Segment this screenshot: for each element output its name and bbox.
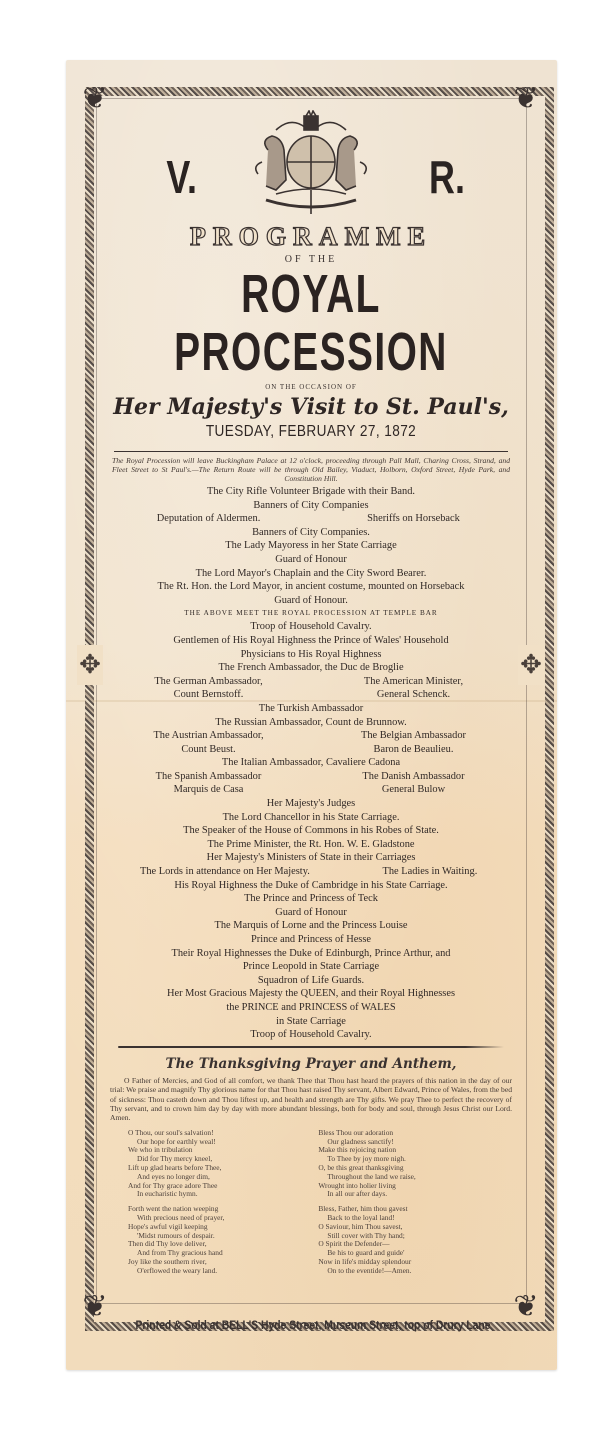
procession-pair-right: The Ladies in Waiting. bbox=[344, 865, 516, 879]
procession-line: Troop of Household Cavalry. bbox=[106, 620, 516, 634]
stanza: Bless, Father, him thou gavest Back to t… bbox=[318, 1205, 494, 1275]
procession-line: Banners of City Companies bbox=[106, 499, 516, 513]
divider bbox=[118, 1046, 504, 1048]
corner-flourish-icon: ❦ bbox=[78, 1290, 112, 1324]
procession-pair-left: Count Beust. bbox=[106, 743, 311, 757]
procession-line: Their Royal Highnesses the Duke of Edinb… bbox=[106, 947, 516, 961]
occasion-label: ON THE OCCASION OF bbox=[106, 383, 516, 391]
anthem-column-right: Bless Thou our adoration Our gladness sa… bbox=[318, 1129, 494, 1282]
temple-bar-note: THE ABOVE MEET THE ROYAL PROCESSION AT T… bbox=[106, 607, 516, 620]
initial-v: V. bbox=[166, 150, 197, 204]
procession-line: Guard of Honour. bbox=[106, 594, 516, 608]
procession-line: The Rt. Hon. the Lord Mayor, in ancient … bbox=[106, 580, 516, 594]
procession-line: The Prime Minister, the Rt. Hon. W. E. G… bbox=[106, 838, 516, 852]
procession-line: Her Majesty's Ministers of State in thei… bbox=[106, 851, 516, 865]
procession-pair: The Spanish AmbassadorThe Danish Ambassa… bbox=[106, 770, 516, 784]
procession-order: The City Rifle Volunteer Brigade with th… bbox=[106, 485, 516, 1042]
procession-pair: Count Beust.Baron de Beaulieu. bbox=[106, 743, 516, 757]
procession-line: The Speaker of the House of Commons in h… bbox=[106, 824, 516, 838]
procession-pair-right: The Belgian Ambassador bbox=[311, 729, 516, 743]
anthem-verses: O Thou, our soul's salvation! Our hope f… bbox=[106, 1129, 516, 1282]
procession-pair-left: The Austrian Ambassador, bbox=[106, 729, 311, 743]
procession-line: The Italian Ambassador, Cavaliere Cadona bbox=[106, 756, 516, 770]
procession-line: The Russian Ambassador, Count de Brunnow… bbox=[106, 716, 516, 730]
printer-imprint: Printed & Sold at BELL'S Hyde Street, Mu… bbox=[103, 1320, 522, 1332]
procession-pair-left: Marquis de Casa bbox=[106, 783, 311, 797]
initial-r: R. bbox=[429, 150, 465, 204]
verse-line: On to the eventide!—Amen. bbox=[318, 1267, 494, 1276]
procession-pair-right: General Schenck. bbox=[311, 688, 516, 702]
corner-flourish-icon: ❦ bbox=[509, 1290, 543, 1324]
procession-line: Prince Leopold in State Carriage bbox=[106, 960, 516, 974]
programme-heading: PROGRAMME bbox=[106, 222, 516, 252]
procession-line: The Lord Mayor's Chaplain and the City S… bbox=[106, 567, 516, 581]
procession-line: Her Most Gracious Majesty the QUEEN, and… bbox=[106, 987, 516, 1001]
verse-line: O'erflowed the weary land. bbox=[128, 1267, 304, 1276]
procession-pair-right: The Danish Ambassador bbox=[311, 770, 516, 784]
verse-line: In eucharistic hymn. bbox=[128, 1190, 304, 1199]
procession-pair: The Austrian Ambassador,The Belgian Amba… bbox=[106, 729, 516, 743]
procession-pair: The German Ambassador,The American Minis… bbox=[106, 675, 516, 689]
procession-line: His Royal Highness the Duke of Cambridge… bbox=[106, 879, 516, 893]
subtitle: Her Majesty's Visit to St. Paul's, bbox=[106, 393, 516, 421]
anthem-column-left: O Thou, our soul's salvation! Our hope f… bbox=[128, 1129, 304, 1282]
procession-pair-right: Baron de Beaulieu. bbox=[311, 743, 516, 757]
procession-pair-right: Sheriffs on Horseback bbox=[311, 512, 516, 526]
procession-line: The Turkish Ambassador bbox=[106, 702, 516, 716]
procession-line: Gentlemen of His Royal Highness the Prin… bbox=[106, 634, 516, 648]
procession-pair: Marquis de CasaGeneral Bulow bbox=[106, 783, 516, 797]
stanza: Bless Thou our adoration Our gladness sa… bbox=[318, 1129, 494, 1199]
page-title: ROYAL PROCESSION bbox=[106, 265, 516, 381]
procession-pair-left: The Lords in attendance on Her Majesty. bbox=[106, 865, 344, 879]
procession-line: Guard of Honour bbox=[106, 906, 516, 920]
procession-pair-right: General Bulow bbox=[311, 783, 516, 797]
procession-pair-left: The German Ambassador, bbox=[106, 675, 311, 689]
procession-line: the PRINCE and PRINCESS of WALES bbox=[106, 1001, 516, 1015]
procession-pair-left: The Spanish Ambassador bbox=[106, 770, 311, 784]
procession-line: Prince and Princess of Hesse bbox=[106, 933, 516, 947]
event-date: TUESDAY, FEBRUARY 27, 1872 bbox=[137, 423, 486, 441]
procession-pair-left: Deputation of Aldermen. bbox=[106, 512, 311, 526]
procession-line: Banners of City Companies. bbox=[106, 526, 516, 540]
procession-line: The Lady Mayoress in her State Carriage bbox=[106, 539, 516, 553]
stanza: Forth went the nation weeping With preci… bbox=[128, 1205, 304, 1275]
procession-line: Squadron of Life Guards. bbox=[106, 974, 516, 988]
divider bbox=[114, 451, 508, 452]
procession-line: The Prince and Princess of Teck bbox=[106, 892, 516, 906]
anthem-title: The Thanksgiving Prayer and Anthem, bbox=[106, 1056, 516, 1072]
side-ornament-icon: ✥ bbox=[77, 645, 103, 685]
thanksgiving-prayer: O Father of Mercies, and God of all comf… bbox=[110, 1076, 512, 1123]
side-ornament-icon: ✥ bbox=[518, 645, 544, 685]
programme-content: V. R. PROGRAMME bbox=[106, 100, 516, 1282]
procession-line: Troop of Household Cavalry. bbox=[106, 1028, 516, 1042]
procession-line: The Lord Chancellor in his State Carriag… bbox=[106, 811, 516, 825]
procession-line: Physicians to His Royal Highness bbox=[106, 648, 516, 662]
route-note: The Royal Procession will leave Buckingh… bbox=[112, 456, 510, 483]
royal-coat-of-arms-icon bbox=[246, 110, 376, 218]
procession-pair-right: The American Minister, bbox=[311, 675, 516, 689]
broadside-paper: ❦ ❦ ❦ ❦ ✥ ✥ V. bbox=[66, 60, 557, 1370]
stanza: O Thou, our soul's salvation! Our hope f… bbox=[128, 1129, 304, 1199]
procession-line: in State Carriage bbox=[106, 1015, 516, 1029]
procession-pair: Count Bernstoff.General Schenck. bbox=[106, 688, 516, 702]
verse-line: In all our after days. bbox=[318, 1190, 494, 1199]
royal-cypher-row: V. R. bbox=[106, 110, 516, 218]
procession-line: Guard of Honour bbox=[106, 553, 516, 567]
procession-pair: The Lords in attendance on Her Majesty.T… bbox=[106, 865, 516, 879]
procession-line: The City Rifle Volunteer Brigade with th… bbox=[106, 485, 516, 499]
procession-pair: Deputation of Aldermen.Sheriffs on Horse… bbox=[106, 512, 516, 526]
procession-line: The Marquis of Lorne and the Princess Lo… bbox=[106, 919, 516, 933]
procession-line: The French Ambassador, the Duc de Brogli… bbox=[106, 661, 516, 675]
procession-line: Her Majesty's Judges bbox=[106, 797, 516, 811]
procession-pair-left: Count Bernstoff. bbox=[106, 688, 311, 702]
